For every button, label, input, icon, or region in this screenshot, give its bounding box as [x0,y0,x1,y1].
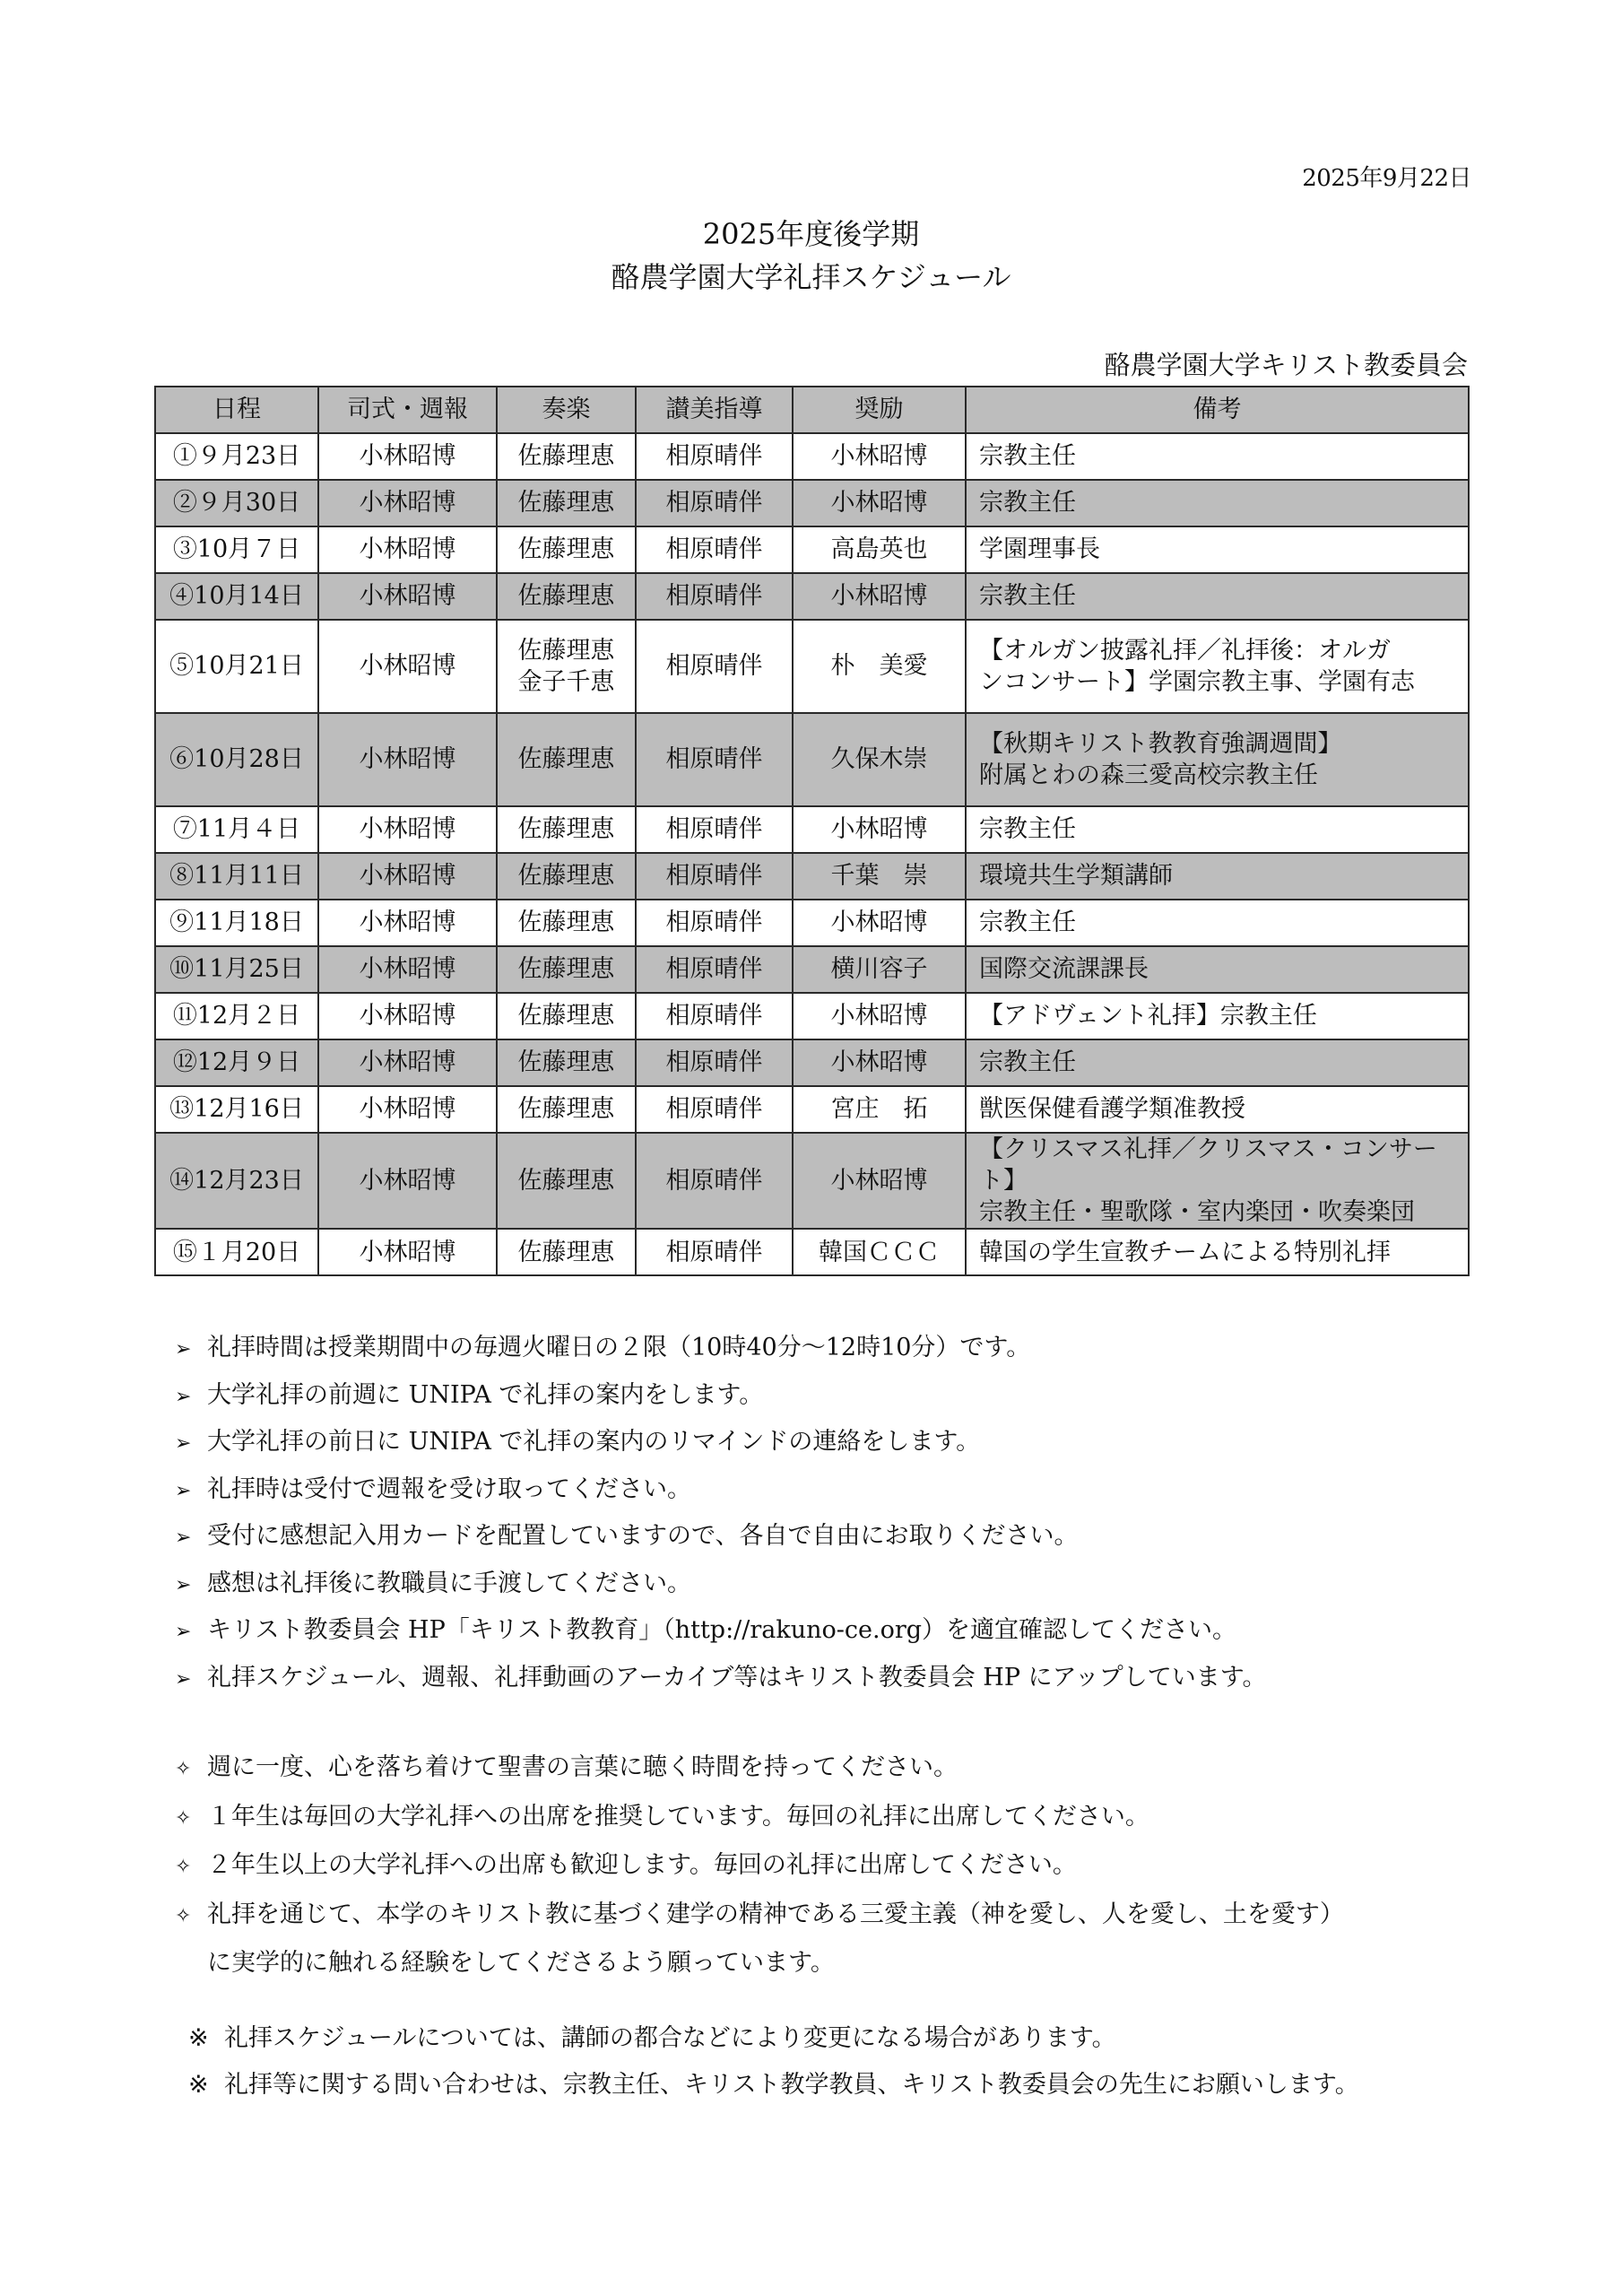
info-bullet-text: 礼拝時間は授業期間中の毎週火曜日の２限（10時40分〜12時10分）です。 [207,1334,1030,1361]
cell-note: 環境共生学類講師 [966,853,1469,900]
organist-name: 佐藤理恵 [498,580,635,612]
cell-note: 韓国の学生宣教チームによる特別礼拝 [966,1229,1469,1275]
cell-organist: 佐藤理恵 [497,853,636,900]
cell-note: 獣医保健看護学類准教授 [966,1086,1469,1133]
cell-date: ①９月23日 [155,433,318,480]
table-row: ⑮１月20日小林昭博佐藤理恵相原晴伴韓国ＣＣＣ韓国の学生宣教チームによる特別礼拝 [155,1229,1469,1275]
column-header-organist: 奏楽 [497,387,636,433]
cell-speaker: 横川容子 [793,946,966,993]
column-header-speaker: 奨励 [793,387,966,433]
encouragement-item-text: ２年生以上の大学礼拝への出席も歓迎します。毎回の礼拝に出席してください。 [207,1851,1077,1879]
cell-officiant: 小林昭博 [318,853,497,900]
cell-date: ⑥10月28日 [155,713,318,806]
cell-note: 【オルガン披露礼拝／礼拝後：オルガンコンサート】学園宗教主事、学園有志 [966,620,1469,713]
note-line: 宗教主任 [979,1047,1468,1078]
cell-speaker: 千葉 崇 [793,853,966,900]
info-bullet: ➢礼拝時は受付で週報を受け取ってください。 [175,1466,1267,1514]
cell-officiant: 小林昭博 [318,433,497,480]
arrowhead-bullet-icon: ➢ [175,1468,207,1516]
cell-note: 宗教主任 [966,1039,1469,1086]
column-header-officiant: 司式・週報 [318,387,497,433]
encouragement-item: ✧礼拝を通じて、本学のキリスト教に基づく建学の精神である三愛主義（神を愛し、人を… [175,1892,1344,1941]
cell-note: 国際交流課課長 [966,946,1469,993]
cell-hymn-leader: 相原晴伴 [636,620,793,713]
note-line: 学園理事長 [979,534,1468,565]
reference-mark-icon: ※ [188,2062,224,2109]
info-bullet-list: ➢礼拝時間は授業期間中の毎週火曜日の２限（10時40分〜12時10分）です。➢大… [175,1325,1267,1701]
arrowhead-bullet-icon: ➢ [175,1609,207,1657]
cell-date: ②９月30日 [155,480,318,526]
diamond-bullet-icon: ✧ [175,1796,207,1843]
note-line: ンコンサート】学園宗教主事、学園有志 [979,666,1468,698]
cell-officiant: 小林昭博 [318,806,497,853]
organist-name: 佐藤理恵 [498,953,635,985]
cell-note: 【クリスマス礼拝／クリスマス・コンサート】宗教主任・聖歌隊・室内楽団・吹奏楽団 [966,1133,1469,1229]
cell-speaker: 小林昭博 [793,480,966,526]
info-bullet-text: キリスト教委員会 HP「キリスト教教育」（http://rakuno-ce.or… [207,1616,1236,1644]
cell-note: 宗教主任 [966,900,1469,946]
cell-officiant: 小林昭博 [318,573,497,620]
info-bullet-text: 受付に感想記入用カードを配置していますので、各自で自由にお取りください。 [207,1522,1078,1550]
cell-speaker: 朴 美愛 [793,620,966,713]
cell-organist: 佐藤理恵金子千恵 [497,620,636,713]
encouragement-list: ✧週に一度、心を落ち着けて聖書の言葉に聴く時間を持ってください。✧１年生は毎回の… [175,1744,1344,1987]
info-bullet: ➢感想は礼拝後に教職員に手渡してください。 [175,1561,1267,1608]
organist-name: 佐藤理恵 [498,813,635,845]
cell-date: ⑧11月11日 [155,853,318,900]
cell-note: 【アドヴェント礼拝】宗教主任 [966,993,1469,1039]
encouragement-item: ✧週に一度、心を落ち着けて聖書の言葉に聴く時間を持ってください。 [175,1744,1344,1794]
cell-organist: 佐藤理恵 [497,1086,636,1133]
organist-name: 佐藤理恵 [498,744,635,775]
organist-name: 佐藤理恵 [498,1093,635,1125]
organist-name: 佐藤理恵 [498,1165,635,1196]
cell-organist: 佐藤理恵 [497,993,636,1039]
cell-organist: 佐藤理恵 [497,526,636,573]
cell-officiant: 小林昭博 [318,1133,497,1229]
organist-name: 佐藤理恵 [498,1047,635,1078]
cell-hymn-leader: 相原晴伴 [636,1229,793,1275]
note-line: 国際交流課課長 [979,953,1468,985]
cell-date: ⑨11月18日 [155,900,318,946]
table-row: ⑬12月16日小林昭博佐藤理恵相原晴伴宮庄 拓獣医保健看護学類准教授 [155,1086,1469,1133]
table-row: ②９月30日小林昭博佐藤理恵相原晴伴小林昭博宗教主任 [155,480,1469,526]
encouragement-item-continuation: に実学的に触れる経験をしてくださるよう願っています。 [175,1940,1344,1987]
diamond-bullet-icon: ✧ [175,1746,207,1794]
organist-name: 佐藤理恵 [498,1000,635,1031]
cell-organist: 佐藤理恵 [497,1039,636,1086]
organist-name: 佐藤理恵 [498,860,635,891]
cell-date: ⑤10月21日 [155,620,318,713]
cell-speaker: 小林昭博 [793,806,966,853]
document-title-main: 酪農学園大学礼拝スケジュール [0,255,1622,296]
info-bullet: ➢礼拝時間は授業期間中の毎週火曜日の２限（10時40分〜12時10分）です。 [175,1325,1267,1372]
note-line: 環境共生学類講師 [979,860,1468,891]
table-row: ⑥10月28日小林昭博佐藤理恵相原晴伴久保木崇【秋期キリスト教教育強調週間】附属… [155,713,1469,806]
note-line: 宗教主任 [979,813,1468,845]
cell-date: ④10月14日 [155,573,318,620]
cell-hymn-leader: 相原晴伴 [636,900,793,946]
table-row: ⑩11月25日小林昭博佐藤理恵相原晴伴横川容子国際交流課課長 [155,946,1469,993]
cell-date: ⑫12月９日 [155,1039,318,1086]
cell-date: ⑭12月23日 [155,1133,318,1229]
cell-officiant: 小林昭博 [318,713,497,806]
cell-organist: 佐藤理恵 [497,900,636,946]
note-line: 附属とわの森三愛高校宗教主任 [979,760,1468,791]
cell-hymn-leader: 相原晴伴 [636,433,793,480]
cell-organist: 佐藤理恵 [497,806,636,853]
table-row: ⑫12月９日小林昭博佐藤理恵相原晴伴小林昭博宗教主任 [155,1039,1469,1086]
cell-speaker: 小林昭博 [793,433,966,480]
encouragement-item: ✧２年生以上の大学礼拝への出席も歓迎します。毎回の礼拝に出席してください。 [175,1842,1344,1892]
note-line: 【秋期キリスト教教育強調週間】 [979,728,1468,760]
cell-date: ⑪12月２日 [155,993,318,1039]
info-bullet: ➢キリスト教委員会 HP「キリスト教教育」（http://rakuno-ce.o… [175,1607,1267,1655]
cell-officiant: 小林昭博 [318,526,497,573]
info-bullet: ➢礼拝スケジュール、週報、礼拝動画のアーカイブ等はキリスト教委員会 HP にアッ… [175,1655,1267,1702]
arrowhead-bullet-icon: ➢ [175,1515,207,1562]
cell-speaker: 小林昭博 [793,1039,966,1086]
cell-hymn-leader: 相原晴伴 [636,806,793,853]
info-bullet-text: 礼拝スケジュール、週報、礼拝動画のアーカイブ等はキリスト教委員会 HP にアップ… [207,1664,1267,1692]
cell-organist: 佐藤理恵 [497,1229,636,1275]
note-line: 宗教主任 [979,580,1468,612]
schedule-body: ①９月23日小林昭博佐藤理恵相原晴伴小林昭博宗教主任②９月30日小林昭博佐藤理恵… [155,433,1469,1275]
cell-officiant: 小林昭博 [318,946,497,993]
table-row: ⑧11月11日小林昭博佐藤理恵相原晴伴千葉 崇環境共生学類講師 [155,853,1469,900]
arrowhead-bullet-icon: ➢ [175,1657,207,1704]
arrowhead-bullet-icon: ➢ [175,1374,207,1422]
document-date: 2025年9月22日 [1302,160,1471,193]
cell-organist: 佐藤理恵 [497,946,636,993]
cell-speaker: 韓国ＣＣＣ [793,1229,966,1275]
document-title-term: 2025年度後学期 [0,212,1622,253]
note-line: 韓国の学生宣教チームによる特別礼拝 [979,1237,1468,1268]
table-row: ⑤10月21日小林昭博佐藤理恵金子千恵相原晴伴朴 美愛【オルガン披露礼拝／礼拝後… [155,620,1469,713]
cell-speaker: 小林昭博 [793,993,966,1039]
table-header-row: 日程 司式・週報 奏楽 讃美指導 奨励 備考 [155,387,1469,433]
cell-hymn-leader: 相原晴伴 [636,573,793,620]
table-row: ③10月７日小林昭博佐藤理恵相原晴伴高島英也学園理事長 [155,526,1469,573]
arrowhead-bullet-icon: ➢ [175,1421,207,1468]
cell-date: ③10月７日 [155,526,318,573]
cell-note: 宗教主任 [966,433,1469,480]
cell-organist: 佐藤理恵 [497,713,636,806]
info-bullet: ➢受付に感想記入用カードを配置していますので、各自で自由にお取りください。 [175,1513,1267,1561]
cell-hymn-leader: 相原晴伴 [636,1039,793,1086]
info-bullet: ➢大学礼拝の前日に UNIPA で礼拝の案内のリマインドの連絡をします。 [175,1419,1267,1466]
column-header-date: 日程 [155,387,318,433]
table-row: ⑭12月23日小林昭博佐藤理恵相原晴伴小林昭博【クリスマス礼拝／クリスマス・コン… [155,1133,1469,1229]
cell-officiant: 小林昭博 [318,900,497,946]
cell-officiant: 小林昭博 [318,1039,497,1086]
notice-item-text: 礼拝等に関する問い合わせは、宗教主任、キリスト教学教員、キリスト教委員会の先生に… [224,2071,1359,2099]
organist-name: 佐藤理恵 [498,440,635,472]
organist-name: 佐藤理恵 [498,635,635,666]
note-line: 【オルガン披露礼拝／礼拝後：オルガ [979,635,1468,666]
table-row: ⑨11月18日小林昭博佐藤理恵相原晴伴小林昭博宗教主任 [155,900,1469,946]
organist-name: 佐藤理恵 [498,907,635,938]
column-header-hymn-leader: 讃美指導 [636,387,793,433]
cell-officiant: 小林昭博 [318,620,497,713]
worship-schedule-table: 日程 司式・週報 奏楽 讃美指導 奨励 備考 ①９月23日小林昭博佐藤理恵相原晴… [154,386,1470,1276]
cell-speaker: 宮庄 拓 [793,1086,966,1133]
cell-hymn-leader: 相原晴伴 [636,526,793,573]
notice-item: ※礼拝スケジュールについては、講師の都合などにより変更になる場合があります。 [188,2015,1359,2062]
encouragement-item-text: 週に一度、心を落ち着けて聖書の言葉に聴く時間を持ってください。 [207,1753,958,1781]
cell-hymn-leader: 相原晴伴 [636,713,793,806]
table-row: ①９月23日小林昭博佐藤理恵相原晴伴小林昭博宗教主任 [155,433,1469,480]
cell-officiant: 小林昭博 [318,1229,497,1275]
cell-officiant: 小林昭博 [318,993,497,1039]
encouragement-item-text: 礼拝を通じて、本学のキリスト教に基づく建学の精神である三愛主義（神を愛し、人を愛… [207,1900,1344,1928]
info-bullet-text: 感想は礼拝後に教職員に手渡してください。 [207,1570,691,1597]
arrowhead-bullet-icon: ➢ [175,1562,207,1610]
issuing-organization: 酪農学園大学キリスト教委員会 [1105,345,1468,382]
column-header-notes: 備考 [966,387,1469,433]
organist-name: 佐藤理恵 [498,1237,635,1268]
cell-speaker: 高島英也 [793,526,966,573]
cell-date: ⑦11月４日 [155,806,318,853]
cell-organist: 佐藤理恵 [497,433,636,480]
cell-note: 宗教主任 [966,480,1469,526]
info-bullet-text: 大学礼拝の前週に UNIPA で礼拝の案内をします。 [207,1381,763,1409]
cell-hymn-leader: 相原晴伴 [636,946,793,993]
cell-note: 学園理事長 [966,526,1469,573]
notice-item-text: 礼拝スケジュールについては、講師の都合などにより変更になる場合があります。 [224,2024,1116,2052]
encouragement-item: ✧１年生は毎回の大学礼拝への出席を推奨しています。毎回の礼拝に出席してください。 [175,1794,1344,1843]
table-row: ④10月14日小林昭博佐藤理恵相原晴伴小林昭博宗教主任 [155,573,1469,620]
cell-organist: 佐藤理恵 [497,1133,636,1229]
info-bullet-text: 大学礼拝の前日に UNIPA で礼拝の案内のリマインドの連絡をします。 [207,1428,980,1456]
note-line: 宗教主任 [979,907,1468,938]
cell-date: ⑮１月20日 [155,1229,318,1275]
cell-organist: 佐藤理恵 [497,480,636,526]
organist-name: 金子千恵 [498,666,635,698]
table-row: ⑦11月４日小林昭博佐藤理恵相原晴伴小林昭博宗教主任 [155,806,1469,853]
note-line: 【クリスマス礼拝／クリスマス・コンサート】 [979,1134,1468,1196]
cell-note: 【秋期キリスト教教育強調週間】附属とわの森三愛高校宗教主任 [966,713,1469,806]
cell-speaker: 久保木崇 [793,713,966,806]
note-line: 宗教主任 [979,487,1468,518]
diamond-bullet-icon: ✧ [175,1893,207,1941]
cell-hymn-leader: 相原晴伴 [636,853,793,900]
cell-note: 宗教主任 [966,806,1469,853]
organist-name: 佐藤理恵 [498,487,635,518]
cell-note: 宗教主任 [966,573,1469,620]
arrowhead-bullet-icon: ➢ [175,1326,207,1374]
cell-speaker: 小林昭博 [793,573,966,620]
notice-item: ※礼拝等に関する問い合わせは、宗教主任、キリスト教学教員、キリスト教委員会の先生… [188,2062,1359,2109]
cell-officiant: 小林昭博 [318,1086,497,1133]
note-line: 宗教主任 [979,440,1468,472]
note-line: 獣医保健看護学類准教授 [979,1093,1468,1125]
cell-date: ⑩11月25日 [155,946,318,993]
cell-hymn-leader: 相原晴伴 [636,993,793,1039]
info-bullet: ➢大学礼拝の前週に UNIPA で礼拝の案内をします。 [175,1372,1267,1420]
note-line: 【アドヴェント礼拝】宗教主任 [979,1000,1468,1031]
reference-mark-icon: ※ [188,2015,224,2062]
cell-speaker: 小林昭博 [793,1133,966,1229]
cell-hymn-leader: 相原晴伴 [636,1133,793,1229]
cell-officiant: 小林昭博 [318,480,497,526]
notice-list: ※礼拝スケジュールについては、講師の都合などにより変更になる場合があります。※礼… [188,2015,1359,2109]
diamond-bullet-icon: ✧ [175,1844,207,1892]
cell-organist: 佐藤理恵 [497,573,636,620]
info-bullet-text: 礼拝時は受付で週報を受け取ってください。 [207,1475,691,1503]
cell-date: ⑬12月16日 [155,1086,318,1133]
cell-speaker: 小林昭博 [793,900,966,946]
note-line: 宗教主任・聖歌隊・室内楽団・吹奏楽団 [979,1196,1468,1228]
encouragement-item-text: １年生は毎回の大学礼拝への出席を推奨しています。毎回の礼拝に出席してください。 [207,1803,1149,1831]
cell-hymn-leader: 相原晴伴 [636,480,793,526]
organist-name: 佐藤理恵 [498,534,635,565]
table-row: ⑪12月２日小林昭博佐藤理恵相原晴伴小林昭博【アドヴェント礼拝】宗教主任 [155,993,1469,1039]
cell-hymn-leader: 相原晴伴 [636,1086,793,1133]
